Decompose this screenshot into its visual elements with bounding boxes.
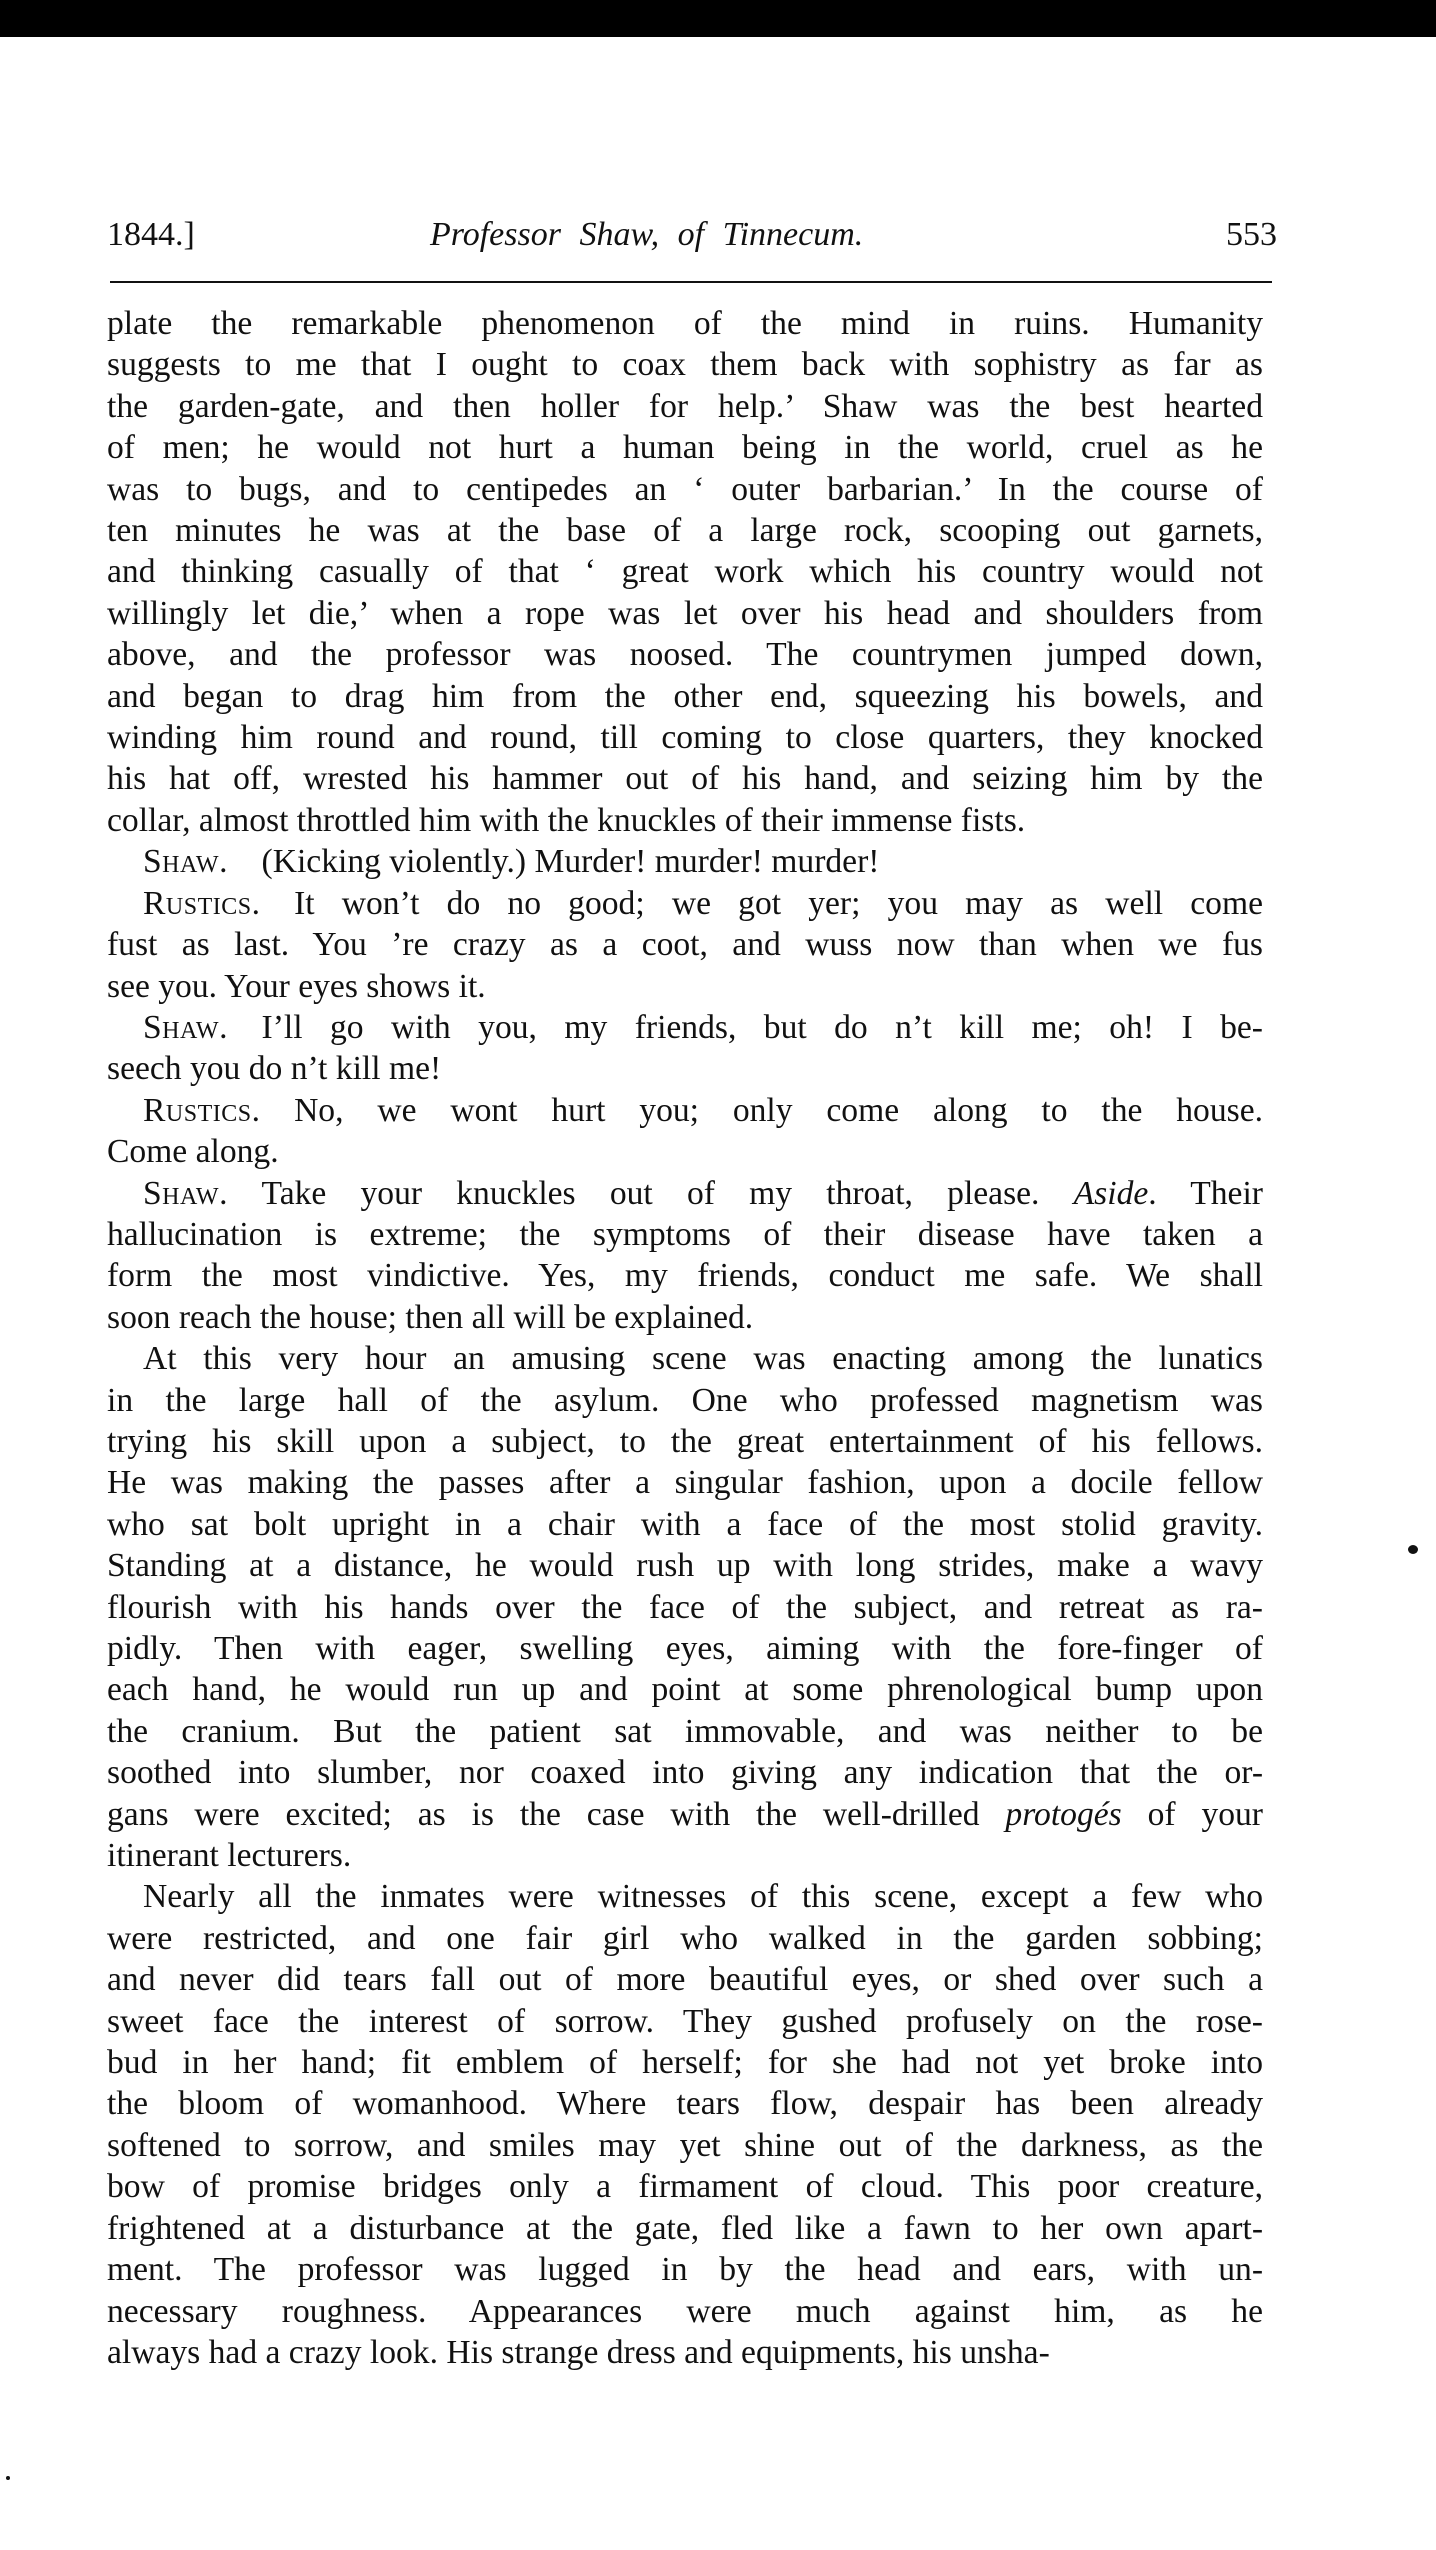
text-line: was to bugs, and to centipedes an ‘ oute…	[107, 469, 1263, 510]
text-line: above, and the professor was noosed. The…	[107, 634, 1263, 675]
text-line: the bloom of womanhood. Where tears flow…	[107, 2083, 1263, 2124]
text-line: were restricted, and one fair girl who w…	[107, 1918, 1263, 1959]
text-line: winding him round and round, till coming…	[107, 717, 1263, 758]
text-line: seech you do n’t kill me!	[107, 1048, 1263, 1089]
text-line: softened to sorrow, and smiles may yet s…	[107, 2125, 1263, 2166]
italic-text: protogés	[1005, 1796, 1121, 1833]
speaker-name: Rustics.	[143, 885, 260, 922]
text-line: suggests to me that I ought to coax them…	[107, 344, 1263, 385]
running-head-year: 1844.]	[107, 212, 195, 258]
italic-text: Aside	[1074, 1175, 1149, 1212]
text-line: Rustics. It won’t do no good; we got yer…	[107, 883, 1263, 924]
page-number: 553	[1226, 212, 1277, 258]
text-line: the garden-gate, and then holler for hel…	[107, 386, 1263, 427]
text-line: necessary roughness. Appearances were mu…	[107, 2291, 1263, 2332]
running-head: 1844.] Professor Shaw, of Tinnecum. 553	[107, 212, 1277, 258]
text-line: soothed into slumber, nor coaxed into gi…	[107, 1752, 1263, 1793]
text-line: see you. Your eyes shows it.	[107, 966, 1263, 1007]
speaker-name: Rustics.	[143, 1092, 260, 1129]
scan-speck	[1408, 1545, 1418, 1554]
scan-edge-band	[0, 0, 1436, 37]
page-body: plate the remarkable phenomenon of the m…	[107, 303, 1263, 2373]
text-line: ment. The professor was lugged in by the…	[107, 2249, 1263, 2290]
text-line: pidly. Then with eager, swelling eyes, a…	[107, 1628, 1263, 1669]
text-line: gans were excited; as is the case with t…	[107, 1794, 1263, 1835]
running-head-title: Professor Shaw, of Tinnecum.	[430, 212, 863, 258]
text-line: collar, almost throttled him with the kn…	[107, 800, 1263, 841]
text-line: Rustics. No, we wont hurt you; only come…	[107, 1090, 1263, 1131]
text-line: and thinking casually of that ‘ great wo…	[107, 551, 1263, 592]
header-rule	[110, 281, 1272, 283]
speaker-name: Shaw.	[143, 1009, 228, 1046]
text-line: Come along.	[107, 1131, 1263, 1172]
text-line: He was making the passes after a singula…	[107, 1462, 1263, 1503]
text-line: and began to drag him from the other end…	[107, 676, 1263, 717]
text-line: his hat off, wrested his hammer out of h…	[107, 758, 1263, 799]
text-line: Nearly all the inmates were witnesses of…	[107, 1876, 1263, 1917]
scan-speck	[6, 2476, 10, 2480]
text-line: bud in her hand; fit emblem of herself; …	[107, 2042, 1263, 2083]
text-line: Shaw. (Kicking violently.) Murder! murde…	[107, 841, 1263, 882]
dialogue-paragraph: Shaw. (Kicking violently.) Murder! murde…	[107, 841, 1263, 882]
text-line: itinerant lecturers.	[107, 1835, 1263, 1876]
dialogue-paragraph: Rustics. It won’t do no good; we got yer…	[107, 883, 1263, 1007]
text-line: each hand, he would run up and point at …	[107, 1669, 1263, 1710]
text-line: flourish with his hands over the face of…	[107, 1587, 1263, 1628]
text-line: soon reach the house; then all will be e…	[107, 1297, 1263, 1338]
text-line: hallucination is extreme; the symptoms o…	[107, 1214, 1263, 1255]
dialogue-paragraph: Shaw. Take your knuckles out of my throa…	[107, 1173, 1263, 1339]
paragraph: At this very hour an amusing scene was e…	[107, 1338, 1263, 1876]
text-line: plate the remarkable phenomenon of the m…	[107, 303, 1263, 344]
text-line: bow of promise bridges only a firmament …	[107, 2166, 1263, 2207]
text-line: willingly let die,’ when a rope was let …	[107, 593, 1263, 634]
text-line: who sat bolt upright in a chair with a f…	[107, 1504, 1263, 1545]
text-line: Standing at a distance, he would rush up…	[107, 1545, 1263, 1586]
text-line: in the large hall of the asylum. One who…	[107, 1380, 1263, 1421]
speaker-name: Shaw.	[143, 843, 228, 880]
paragraph: Nearly all the inmates were witnesses of…	[107, 1876, 1263, 2373]
text-line: and never did tears fall out of more bea…	[107, 1959, 1263, 2000]
text-line: fust as last. You ’re crazy as a coot, a…	[107, 924, 1263, 965]
text-line: the cranium. But the patient sat immovab…	[107, 1711, 1263, 1752]
text-line: ten minutes he was at the base of a larg…	[107, 510, 1263, 551]
dialogue-paragraph: Shaw. I’ll go with you, my friends, but …	[107, 1007, 1263, 1090]
text-line: At this very hour an amusing scene was e…	[107, 1338, 1263, 1379]
text-line: Shaw. Take your knuckles out of my throa…	[107, 1173, 1263, 1214]
text-line: always had a crazy look. His strange dre…	[107, 2332, 1263, 2373]
text-line: trying his skill upon a subject, to the …	[107, 1421, 1263, 1462]
speaker-name: Shaw.	[143, 1175, 228, 1212]
text-line: Shaw. I’ll go with you, my friends, but …	[107, 1007, 1263, 1048]
text-line: of men; he would not hurt a human being …	[107, 427, 1263, 468]
text-line: frightened at a disturbance at the gate,…	[107, 2208, 1263, 2249]
dialogue-paragraph: Rustics. No, we wont hurt you; only come…	[107, 1090, 1263, 1173]
text-line: sweet face the interest of sorrow. They …	[107, 2001, 1263, 2042]
paragraph: plate the remarkable phenomenon of the m…	[107, 303, 1263, 841]
text-line: form the most vindictive. Yes, my friend…	[107, 1255, 1263, 1296]
